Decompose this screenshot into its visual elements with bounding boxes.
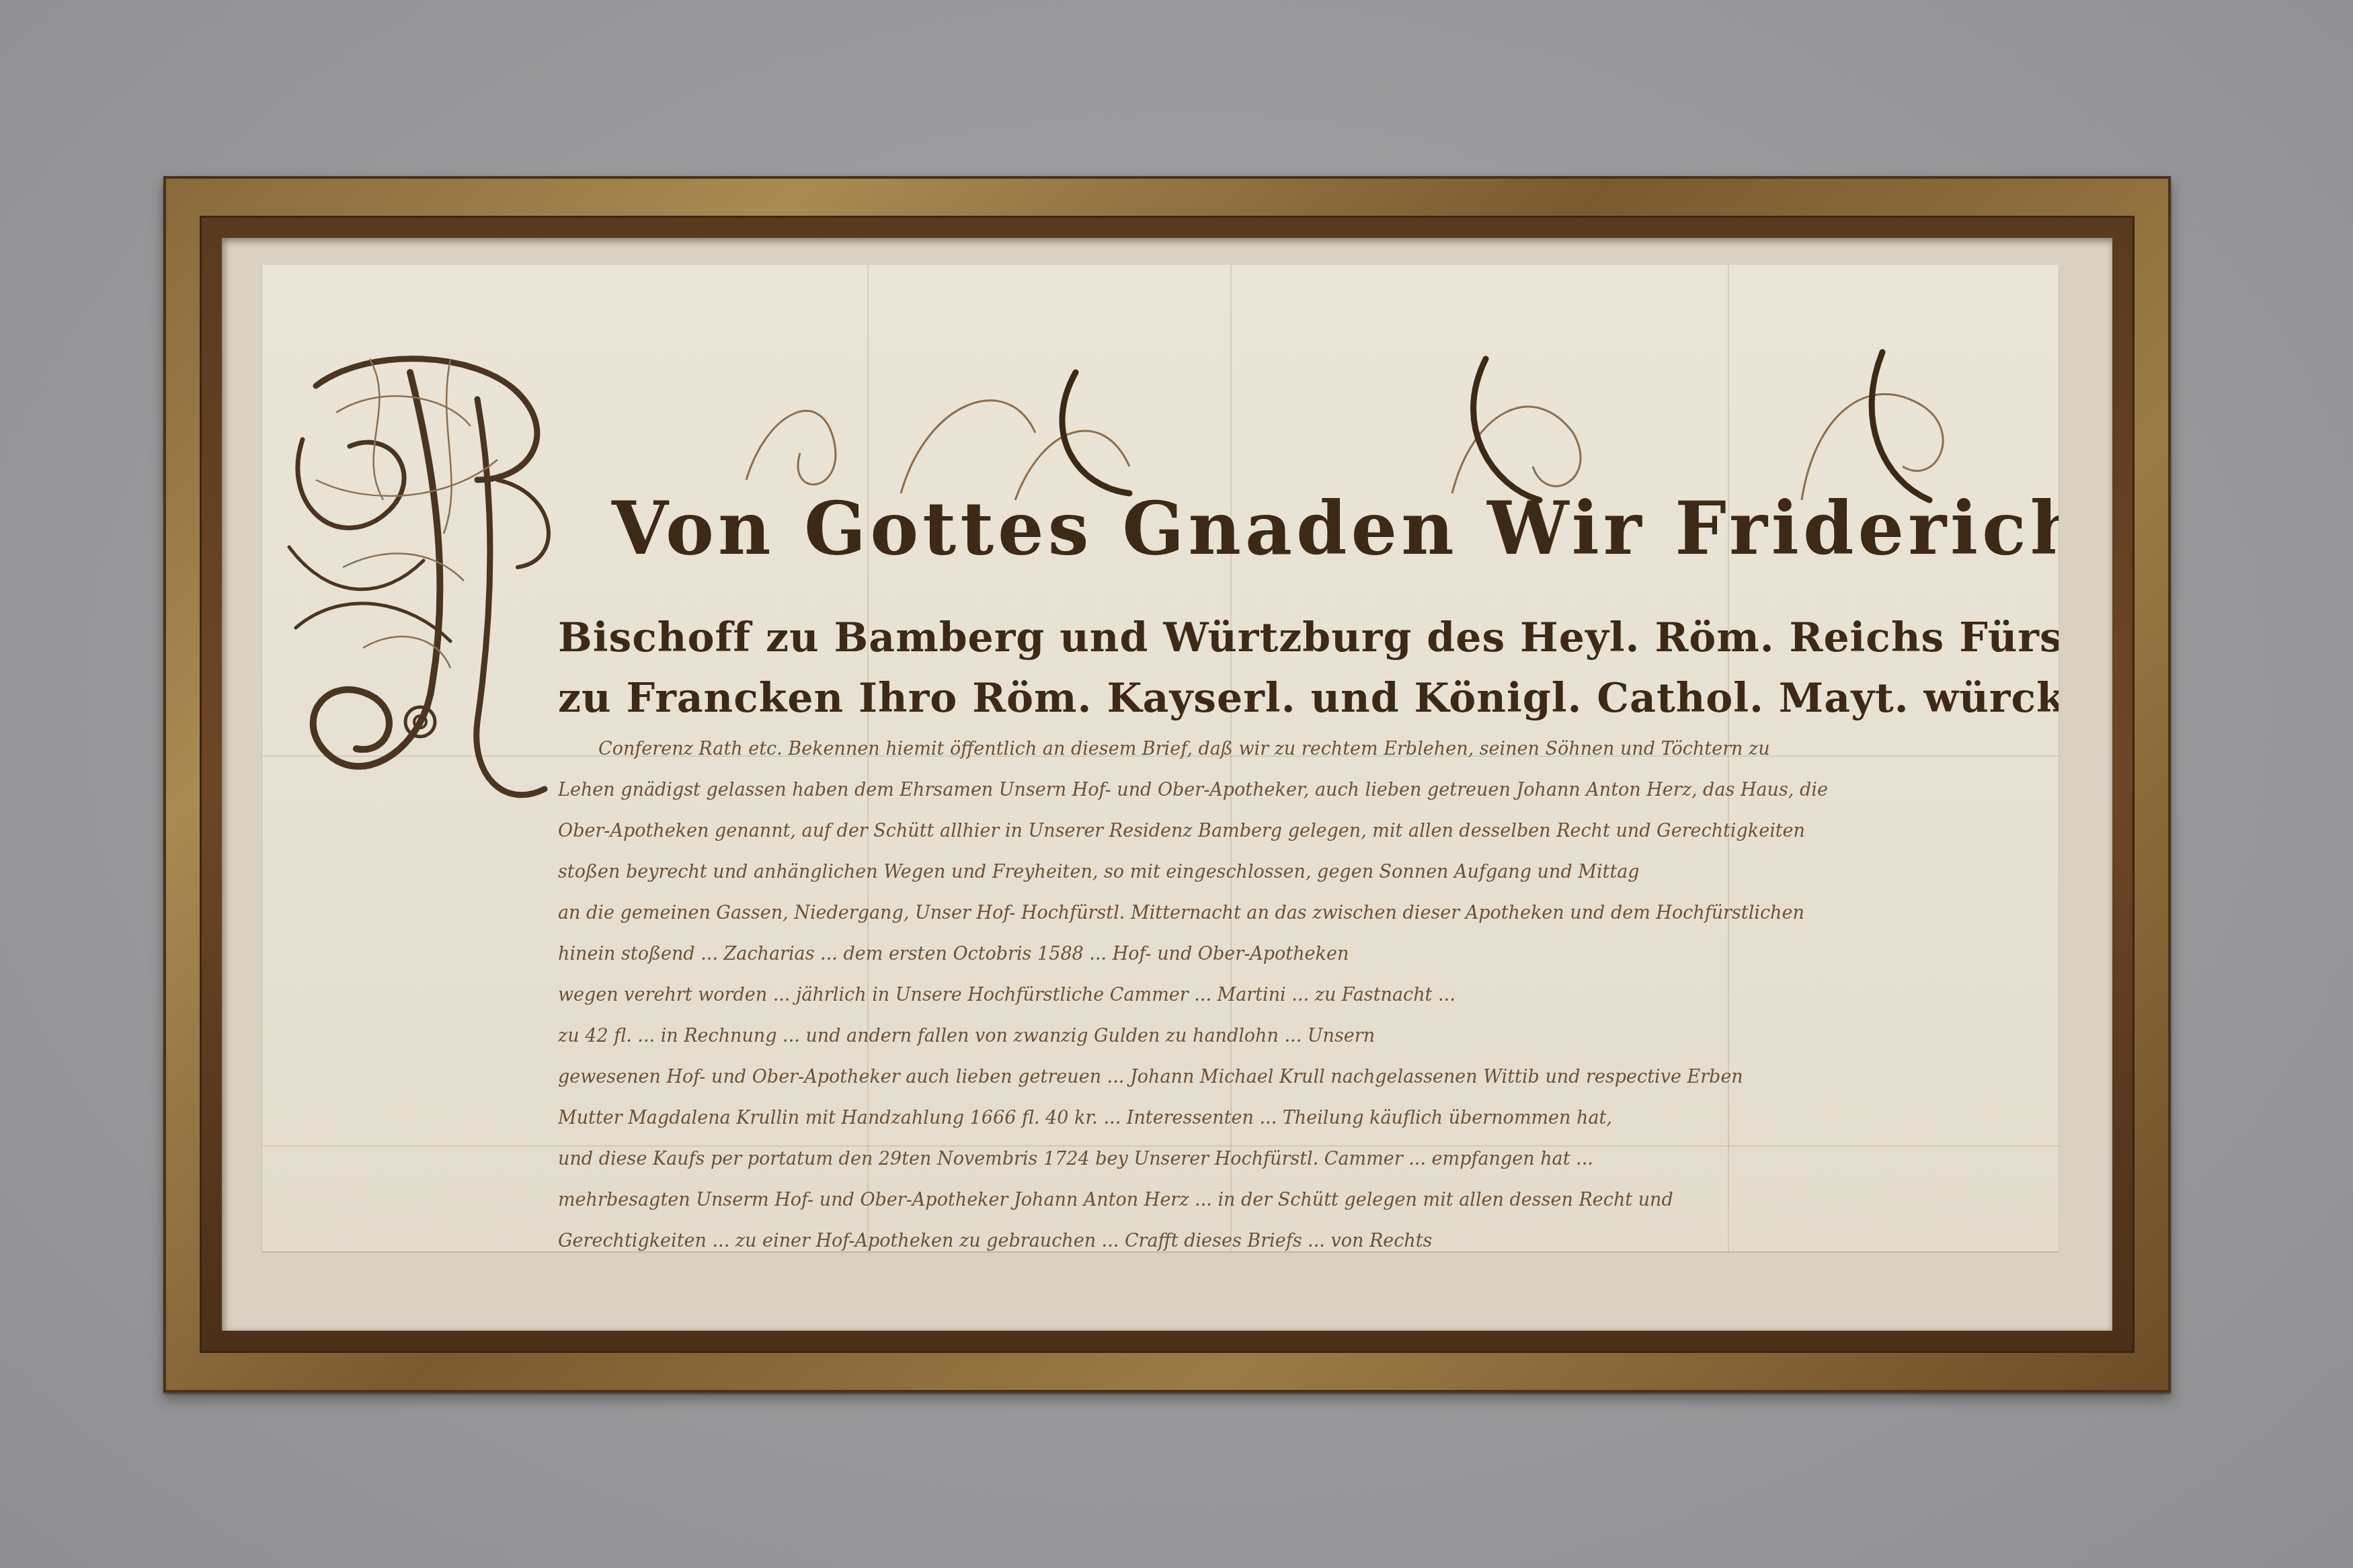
header-line-2: Bischoff zu Bamberg und Würtzburg des He… (558, 614, 2059, 661)
body-line: Conferenz Rath etc. Bekennen hiemit öffe… (598, 729, 2032, 770)
body-line: Mutter Magdalena Krullin mit Handzahlung… (558, 1098, 2032, 1139)
body-line: wegen verehrt worden ... jährlich in Uns… (558, 975, 2032, 1016)
document-body: Conferenz Rath etc. Bekennen hiemit öffe… (598, 729, 2032, 1251)
body-line: Lehen gnädigst gelassen haben dem Ehrsam… (558, 770, 2032, 811)
body-line: mehrbesagten Unserm Hof- und Ober-Apothe… (558, 1180, 2032, 1221)
body-line: und diese Kaufs per portatum den 29ten N… (558, 1139, 2032, 1180)
header-line-3: zu Francken Ihro Röm. Kayserl. und König… (558, 675, 2059, 722)
decorative-initial-icon (276, 345, 571, 829)
body-line: gewesenen Hof- und Ober-Apotheker auch l… (558, 1057, 2032, 1098)
body-line: Gerechtigkeiten ... zu einer Hof-Apothek… (558, 1221, 2032, 1251)
body-line: stoßen beyrecht und anhänglichen Wegen u… (558, 852, 2032, 893)
body-line: hinein stoßend ... Zacharias ... dem ers… (558, 934, 2032, 975)
picture-frame: Von Gottes Gnaden Wir Friderich Carl Bis… (163, 176, 2171, 1393)
frame-inner-lip: Von Gottes Gnaden Wir Friderich Carl Bis… (200, 216, 2135, 1353)
body-line: an die gemeinen Gassen, Niedergang, Unse… (558, 893, 2032, 934)
mat-board: Von Gottes Gnaden Wir Friderich Carl Bis… (222, 238, 2112, 1331)
body-line: Ober-Apotheken genannt, auf der Schütt a… (558, 811, 2032, 852)
header-line-1: Von Gottes Gnaden Wir Friderich Carl (612, 487, 2059, 571)
parchment-document: Von Gottes Gnaden Wir Friderich Carl Bis… (262, 265, 2059, 1251)
body-line: zu 42 fl. ... in Rechnung ... und andern… (558, 1016, 2032, 1057)
